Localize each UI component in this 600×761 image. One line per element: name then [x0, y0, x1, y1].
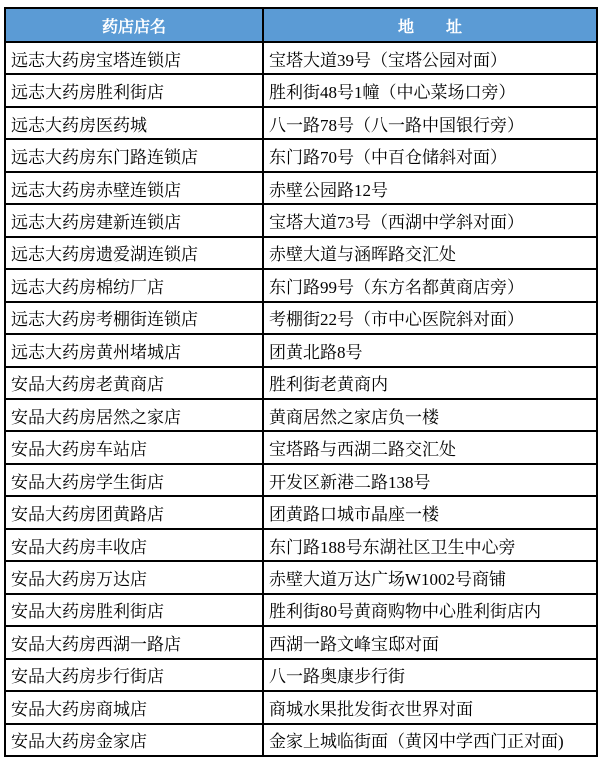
store-name-cell: 安品大药房团黄路店 [5, 496, 263, 528]
address-cell: 东门路188号东湖社区卫生中心旁 [263, 529, 597, 561]
store-name-cell: 远志大药房医药城 [5, 107, 263, 139]
store-name-column-header: 药店店名 [5, 8, 263, 42]
address-cell: 东门路70号（中百仓储斜对面） [263, 139, 597, 171]
address-cell: 商城水果批发街衣世界对面 [263, 691, 597, 723]
address-cell: 胜利街48号1幢（中心菜场口旁） [263, 74, 597, 106]
table-row: 安品大药房学生街店开发区新港二路138号 [5, 464, 597, 496]
store-name-cell: 远志大药房胜利街店 [5, 74, 263, 106]
store-name-cell: 远志大药房遗爱湖连锁店 [5, 237, 263, 269]
table-row: 安品大药房车站店宝塔路与西湖二路交汇处 [5, 431, 597, 463]
store-name-cell: 远志大药房棉纺厂店 [5, 269, 263, 301]
address-cell: 赤壁公园路12号 [263, 172, 597, 204]
address-cell: 胜利街80号黄商购物中心胜利街店内 [263, 594, 597, 626]
table-row: 远志大药房建新连锁店宝塔大道73号（西湖中学斜对面） [5, 204, 597, 236]
table-row: 远志大药房黄州堵城店团黄北路8号 [5, 334, 597, 366]
store-name-cell: 安品大药房步行街店 [5, 659, 263, 691]
address-cell: 黄商居然之家店负一楼 [263, 399, 597, 431]
store-name-cell: 安品大药房金家店 [5, 724, 263, 756]
address-cell: 东门路99号（东方名都黄商店旁） [263, 269, 597, 301]
address-cell: 赤壁大道万达广场W1002号商铺 [263, 561, 597, 593]
pharmacy-table-container: 药店店名 地 址 远志大药房宝塔连锁店宝塔大道39号（宝塔公园对面）远志大药房胜… [4, 7, 596, 757]
table-row: 远志大药房遗爱湖连锁店赤壁大道与涵晖路交汇处 [5, 237, 597, 269]
pharmacy-table: 药店店名 地 址 远志大药房宝塔连锁店宝塔大道39号（宝塔公园对面）远志大药房胜… [4, 7, 598, 757]
store-name-cell: 远志大药房东门路连锁店 [5, 139, 263, 171]
address-cell: 宝塔路与西湖二路交汇处 [263, 431, 597, 463]
address-cell: 考棚街22号（市中心医院斜对面） [263, 302, 597, 334]
table-row: 远志大药房宝塔连锁店宝塔大道39号（宝塔公园对面） [5, 42, 597, 74]
table-row: 安品大药房步行街店八一路奥康步行街 [5, 659, 597, 691]
store-name-cell: 安品大药房老黄商店 [5, 367, 263, 399]
store-name-cell: 安品大药房居然之家店 [5, 399, 263, 431]
table-row: 远志大药房棉纺厂店东门路99号（东方名都黄商店旁） [5, 269, 597, 301]
table-row: 安品大药房西湖一路店西湖一路文峰宝邸对面 [5, 626, 597, 658]
table-row: 安品大药房居然之家店黄商居然之家店负一楼 [5, 399, 597, 431]
address-column-header: 地 址 [263, 8, 597, 42]
address-cell: 金家上城临街面（黄冈中学西门正对面) [263, 724, 597, 756]
table-row: 安品大药房丰收店东门路188号东湖社区卫生中心旁 [5, 529, 597, 561]
store-name-cell: 远志大药房宝塔连锁店 [5, 42, 263, 74]
store-name-cell: 远志大药房黄州堵城店 [5, 334, 263, 366]
address-cell: 赤壁大道与涵晖路交汇处 [263, 237, 597, 269]
table-row: 安品大药房胜利街店胜利街80号黄商购物中心胜利街店内 [5, 594, 597, 626]
store-name-cell: 安品大药房丰收店 [5, 529, 263, 561]
table-row: 安品大药房金家店金家上城临街面（黄冈中学西门正对面) [5, 724, 597, 756]
store-name-cell: 安品大药房万达店 [5, 561, 263, 593]
store-name-cell: 安品大药房学生街店 [5, 464, 263, 496]
table-row: 远志大药房东门路连锁店东门路70号（中百仓储斜对面） [5, 139, 597, 171]
address-cell: 八一路78号（八一路中国银行旁） [263, 107, 597, 139]
table-row: 安品大药房老黄商店胜利街老黄商内 [5, 367, 597, 399]
table-row: 安品大药房万达店赤壁大道万达广场W1002号商铺 [5, 561, 597, 593]
address-cell: 西湖一路文峰宝邸对面 [263, 626, 597, 658]
store-name-cell: 安品大药房胜利街店 [5, 594, 263, 626]
table-row: 安品大药房商城店商城水果批发街衣世界对面 [5, 691, 597, 723]
store-name-cell: 远志大药房赤壁连锁店 [5, 172, 263, 204]
table-row: 远志大药房胜利街店胜利街48号1幢（中心菜场口旁） [5, 74, 597, 106]
address-cell: 团黄路口城市晶座一楼 [263, 496, 597, 528]
address-cell: 八一路奥康步行街 [263, 659, 597, 691]
address-cell: 宝塔大道39号（宝塔公园对面） [263, 42, 597, 74]
table-row: 安品大药房团黄路店团黄路口城市晶座一楼 [5, 496, 597, 528]
address-cell: 宝塔大道73号（西湖中学斜对面） [263, 204, 597, 236]
address-cell: 开发区新港二路138号 [263, 464, 597, 496]
table-body: 远志大药房宝塔连锁店宝塔大道39号（宝塔公园对面）远志大药房胜利街店胜利街48号… [5, 42, 597, 756]
store-name-cell: 安品大药房商城店 [5, 691, 263, 723]
store-name-cell: 远志大药房建新连锁店 [5, 204, 263, 236]
table-row: 远志大药房考棚街连锁店考棚街22号（市中心医院斜对面） [5, 302, 597, 334]
store-name-cell: 安品大药房车站店 [5, 431, 263, 463]
table-row: 远志大药房医药城八一路78号（八一路中国银行旁） [5, 107, 597, 139]
store-name-cell: 安品大药房西湖一路店 [5, 626, 263, 658]
address-cell: 团黄北路8号 [263, 334, 597, 366]
header-row: 药店店名 地 址 [5, 8, 597, 42]
store-name-cell: 远志大药房考棚街连锁店 [5, 302, 263, 334]
table-row: 远志大药房赤壁连锁店赤壁公园路12号 [5, 172, 597, 204]
address-cell: 胜利街老黄商内 [263, 367, 597, 399]
